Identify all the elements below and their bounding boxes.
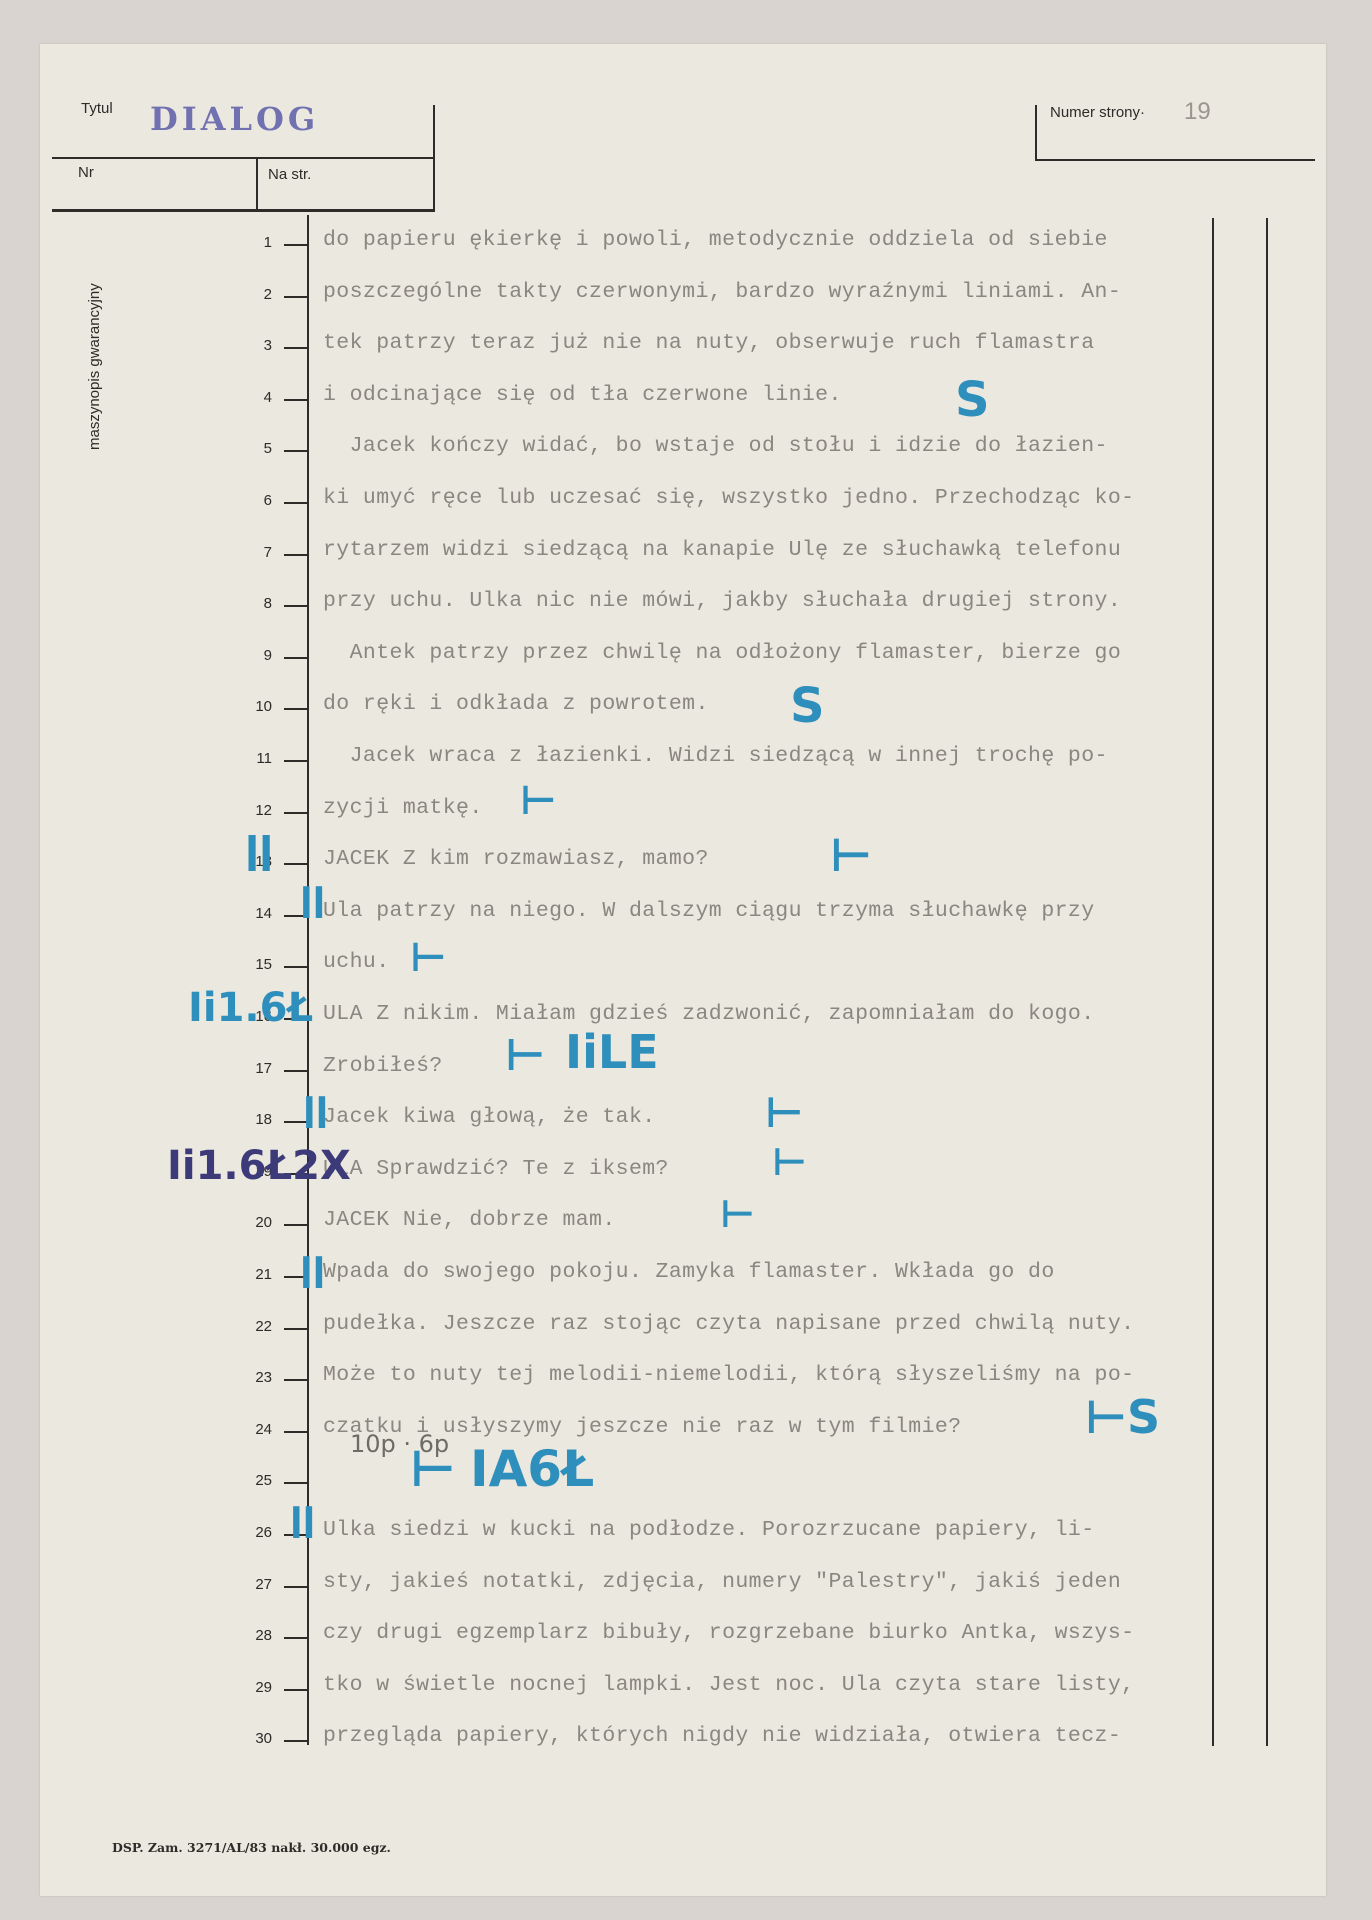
ts-mark: ⊢S [1085,1390,1160,1444]
line-tick [284,1689,308,1691]
t-mark: ⊢ [520,778,557,824]
typed-line: rytarzem widzi siedzącą na kanapie Ulę z… [323,538,1121,562]
side-label: maszynopis gwarancyjny [86,283,103,450]
line-number: 8 [232,595,272,612]
note-line-19: Ii1.6Ł2X [167,1143,351,1189]
line-tick [284,863,308,865]
line-number: 18 [232,1111,272,1128]
line-number: 2 [232,286,272,303]
na-str-label: Na str. [268,166,311,183]
ii-mark: ǀǀ [300,880,325,920]
typed-line: i odcinające się od tła czerwone linie. [323,383,842,407]
line-tick [284,1586,308,1588]
line-number: 7 [232,544,272,561]
typed-line: ki umyć ręce lub uczesać się, wszystko j… [323,486,1134,510]
line-number: 14 [232,905,272,922]
line-number: 10 [232,698,272,715]
header-divider [52,157,435,159]
typed-line: Zrobiłeś? [323,1054,443,1078]
t-mark: ⊢ [765,1088,803,1137]
line-tick [284,1070,308,1072]
line-number: 15 [232,956,272,973]
typed-line: czy drugi egzemplarz bibuły, rozgrzebane… [323,1621,1134,1645]
line-number: 6 [232,492,272,509]
t-mark: ⊢ [505,1030,545,1081]
line-number: 5 [232,440,272,457]
t-mark: ⊢ [410,1440,456,1498]
page-number-label: Numer strony· [1050,104,1145,121]
typed-line: Ulka siedzi w kucki na podłodze. Porozrz… [323,1518,1095,1542]
line-number: 24 [232,1421,272,1438]
line-number: 9 [232,647,272,664]
line-number: 25 [232,1472,272,1489]
line-number: 29 [232,1679,272,1696]
ii-mark: ǀǀ [245,828,273,872]
ii-mark: ǀǀ [300,1250,325,1290]
typed-line: pudełka. Jeszcze raz stojąc czyta napisa… [323,1312,1134,1336]
line-tick [284,708,308,710]
page-number-box [1035,159,1315,161]
typed-line: Ula patrzy na niego. W dalszym ciągu trz… [323,899,1095,923]
line-number: 28 [232,1627,272,1644]
right-margin-line [1212,218,1214,1746]
s-mark: S [790,678,825,734]
line-tick [284,1431,308,1433]
t-mark: ⊢ [772,1140,807,1184]
line-tick [284,1379,308,1381]
nr-label: Nr [78,164,94,181]
line-tick [284,1328,308,1330]
s-mark: S [955,372,990,428]
header-divider [52,209,435,212]
typed-line: tko w świetle nocnej lampki. Jest noc. U… [323,1673,1134,1697]
note-line-17: IiLE [565,1025,659,1079]
typed-line: ULA Sprawdzić? Te z iksem? [323,1157,669,1181]
line-tick [284,1740,308,1742]
typed-line: do ręki i odkłada z powrotem. [323,692,709,716]
line-tick [284,657,308,659]
typed-line: przegląda papiery, których nigdy nie wid… [323,1724,1121,1748]
typed-line: zycji matkę. [323,796,483,820]
line-tick [284,296,308,298]
line-number: 21 [232,1266,272,1283]
note-line-25: IA6Ł [470,1440,594,1498]
line-tick [284,1224,308,1226]
line-tick [284,244,308,246]
line-number: 12 [232,802,272,819]
line-tick [284,1637,308,1639]
page-number-box [1035,105,1037,160]
line-tick [284,502,308,504]
right-margin-line [1266,218,1268,1746]
typed-line: Jacek wraca z łazienki. Widzi siedzącą w… [323,744,1108,768]
title-label: Tytul [81,100,113,117]
typed-line: Jacek kończy widać, bo wstaje od stołu i… [323,434,1108,458]
line-number: 22 [232,1318,272,1335]
typed-line: przy uchu. Ulka nic nie mówi, jakby słuc… [323,589,1121,613]
note-line-16: Ii1.6Ł [188,985,313,1031]
typed-line: JACEK Nie, dobrze mam. [323,1208,616,1232]
typed-line: JACEK Z kim rozmawiasz, mamo? [323,847,709,871]
typed-line: Jacek kiwa głową, że tak. [323,1105,656,1129]
t-mark: ⊢ [720,1192,755,1236]
typed-line: uchu. [323,950,390,974]
typed-line: do papieru ękierkę i powoli, metodycznie… [323,228,1108,252]
typed-line: Wpada do swojego pokoju. Zamyka flamaste… [323,1260,1055,1284]
header-divider [433,105,435,212]
typed-line: poszczególne takty czerwonymi, bardzo wy… [323,280,1121,304]
line-tick [284,554,308,556]
line-number: 4 [232,389,272,406]
title-stamp: DIALOG [150,100,319,138]
t-mark: ⊢ [830,828,872,882]
line-number: 30 [232,1730,272,1747]
line-number: 1 [232,234,272,251]
line-number: 26 [232,1524,272,1541]
line-tick [284,399,308,401]
typed-line: tek patrzy teraz już nie na nuty, obserw… [323,331,1095,355]
line-tick [284,450,308,452]
line-number: 17 [232,1060,272,1077]
line-number: 3 [232,337,272,354]
line-number: 23 [232,1369,272,1386]
line-number: 11 [232,750,272,767]
typed-line: sty, jakieś notatki, zdjęcia, numery "Pa… [323,1570,1121,1594]
line-tick [284,605,308,607]
typed-line: Może to nuty tej melodii-niemelodii, któ… [323,1363,1134,1387]
line-number: 27 [232,1576,272,1593]
page-number: 19 [1184,98,1211,126]
line-tick [284,812,308,814]
typed-line: ULA Z nikim. Miałam gdzieś zadzwonić, za… [323,1002,1095,1026]
header-divider [256,158,258,210]
line-tick [284,966,308,968]
line-number: 20 [232,1214,272,1231]
typed-line: Antek patrzy przez chwilę na odłożony fl… [323,641,1121,665]
line-tick [284,347,308,349]
t-mark: ⊢ [410,935,447,981]
line-tick [284,760,308,762]
print-footer: DSP. Zam. 3271/AL/83 nakł. 30.000 egz. [112,1840,391,1855]
line-tick [284,1482,308,1484]
ii-mark: ǀǀ [290,1500,315,1540]
ii-mark: ǀǀ [303,1090,328,1130]
